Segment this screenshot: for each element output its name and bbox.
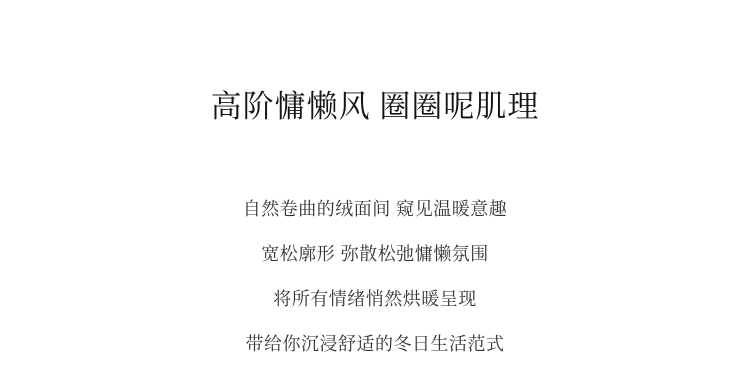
copy-line-3: 将所有情绪悄然烘暖呈现 bbox=[0, 286, 750, 312]
copy-line-4: 带给你沉浸舒适的冬日生活范式 bbox=[0, 331, 750, 357]
copy-line-2: 宽松廓形 弥散松弛慵懒氛围 bbox=[0, 241, 750, 267]
product-intro-section: 高阶慵懒风 圈圈呢肌理 自然卷曲的绒面间 窥见温暖意趣 宽松廓形 弥散松弛慵懒氛… bbox=[0, 0, 750, 370]
section-copy: 自然卷曲的绒面间 窥见温暖意趣 宽松廓形 弥散松弛慵懒氛围 将所有情绪悄然烘暖呈… bbox=[0, 196, 750, 370]
section-title: 高阶慵懒风 圈圈呢肌理 bbox=[0, 88, 750, 126]
copy-line-1: 自然卷曲的绒面间 窥见温暖意趣 bbox=[0, 196, 750, 222]
